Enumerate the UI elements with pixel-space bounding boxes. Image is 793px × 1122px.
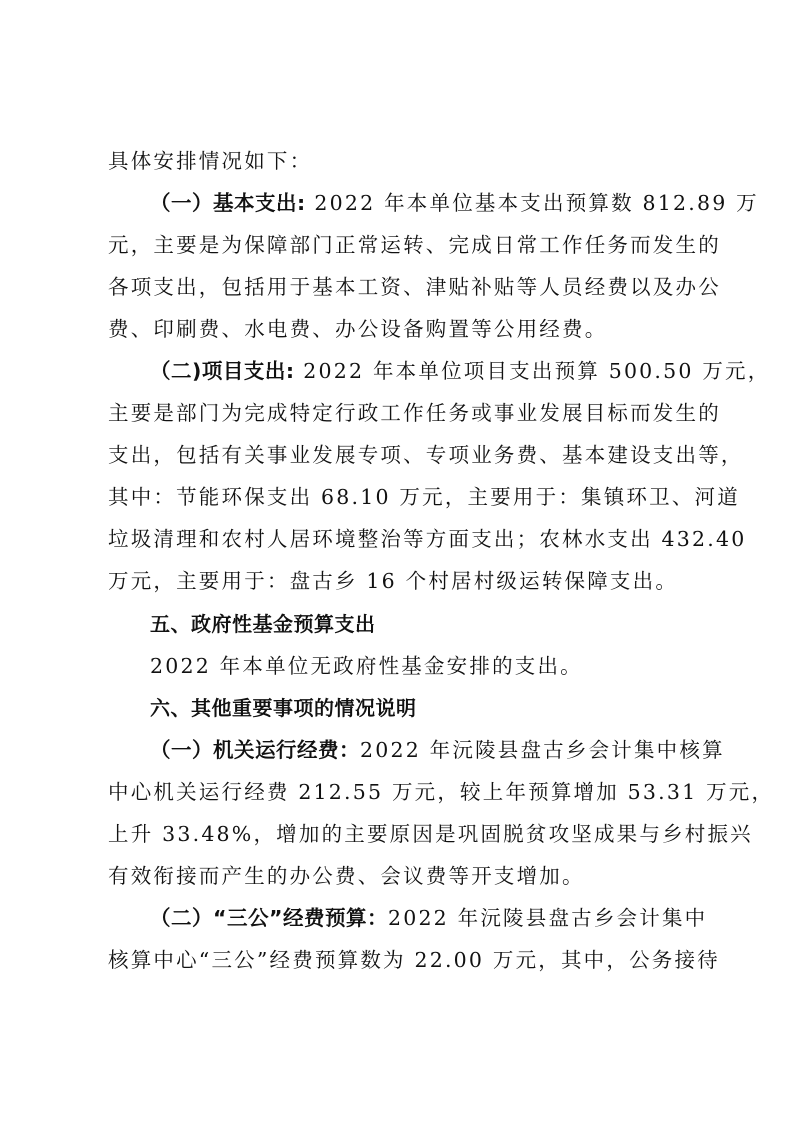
text-line: 上升 33.48%，增加的主要原因是巩固脱贫攻坚成果与乡村振兴: [108, 821, 688, 847]
section-5-heading: 五、政府性基金预算支出: [150, 611, 730, 637]
text-line: 元，主要是为保障部门正常运转、完成日常工作任务而发生的: [108, 232, 688, 258]
section-6-heading: 六、其他重要事项的情况说明: [150, 695, 730, 721]
paragraph-three-public-budget: （二）“三公”经费预算：2022 年沅陵县盘古乡会计集中: [150, 905, 690, 931]
basic-expenditure-label: （一）基本支出:: [150, 191, 306, 215]
paragraph-intro-tail: 具体安排情况如下：: [108, 148, 688, 174]
paragraph-project-expenditure: （二)项目支出: 2022 年本单位项目支出预算 500.50 万元，: [150, 358, 690, 384]
text-line: 支出，包括有关事业发展专项、专项业务费、基本建设支出等，: [108, 442, 688, 468]
section-5-text: 2022 年本单位无政府性基金安排的支出。: [150, 653, 730, 679]
text-line: 2022 年本单位项目支出预算 500.50 万元，: [295, 359, 771, 383]
paragraph-basic-expenditure: （一）基本支出: 2022 年本单位基本支出预算数 812.89 万: [150, 190, 690, 216]
project-expenditure-label: （二)项目支出:: [150, 359, 295, 383]
text-line: 各项支出，包括用于基本工资、津贴补贴等人员经费以及办公: [108, 274, 688, 300]
three-public-budget-label: （二）“三公”经费预算：: [150, 906, 388, 930]
operating-costs-label: （一）机关运行经费：: [150, 738, 360, 762]
text-line: 2022 年沅陵县盘古乡会计集中核算: [360, 738, 725, 762]
text-line: 其中：节能环保支出 68.10 万元，主要用于：集镇环卫、河道: [108, 484, 688, 510]
text-line: 2022 年本单位基本支出预算数 812.89 万: [306, 191, 759, 215]
text-line: 中心机关运行经费 212.55 万元，较上年预算增加 53.31 万元，: [108, 779, 688, 805]
text-line: 2022 年沅陵县盘古乡会计集中: [388, 906, 707, 930]
text-line: 费、印刷费、水电费、办公设备购置等公用经费。: [108, 316, 688, 342]
text-line: 具体安排情况如下：: [108, 149, 312, 173]
text-line: 垃圾清理和农村人居环境整治等方面支出；农林水支出 432.40: [108, 526, 688, 552]
text-line: 有效衔接而产生的办公费、会议费等开支增加。: [108, 863, 688, 889]
text-line: 万元，主要用于：盘古乡 16 个村居村级运转保障支出。: [108, 568, 688, 594]
document-page: 具体安排情况如下： （一）基本支出: 2022 年本单位基本支出预算数 812.…: [0, 0, 793, 1122]
text-line: 核算中心“三公”经费预算数为 22.00 万元，其中，公务接待: [108, 947, 688, 973]
paragraph-operating-costs: （一）机关运行经费：2022 年沅陵县盘古乡会计集中核算: [150, 737, 690, 763]
text-line: 主要是部门为完成特定行政工作任务或事业发展目标而发生的: [108, 400, 688, 426]
